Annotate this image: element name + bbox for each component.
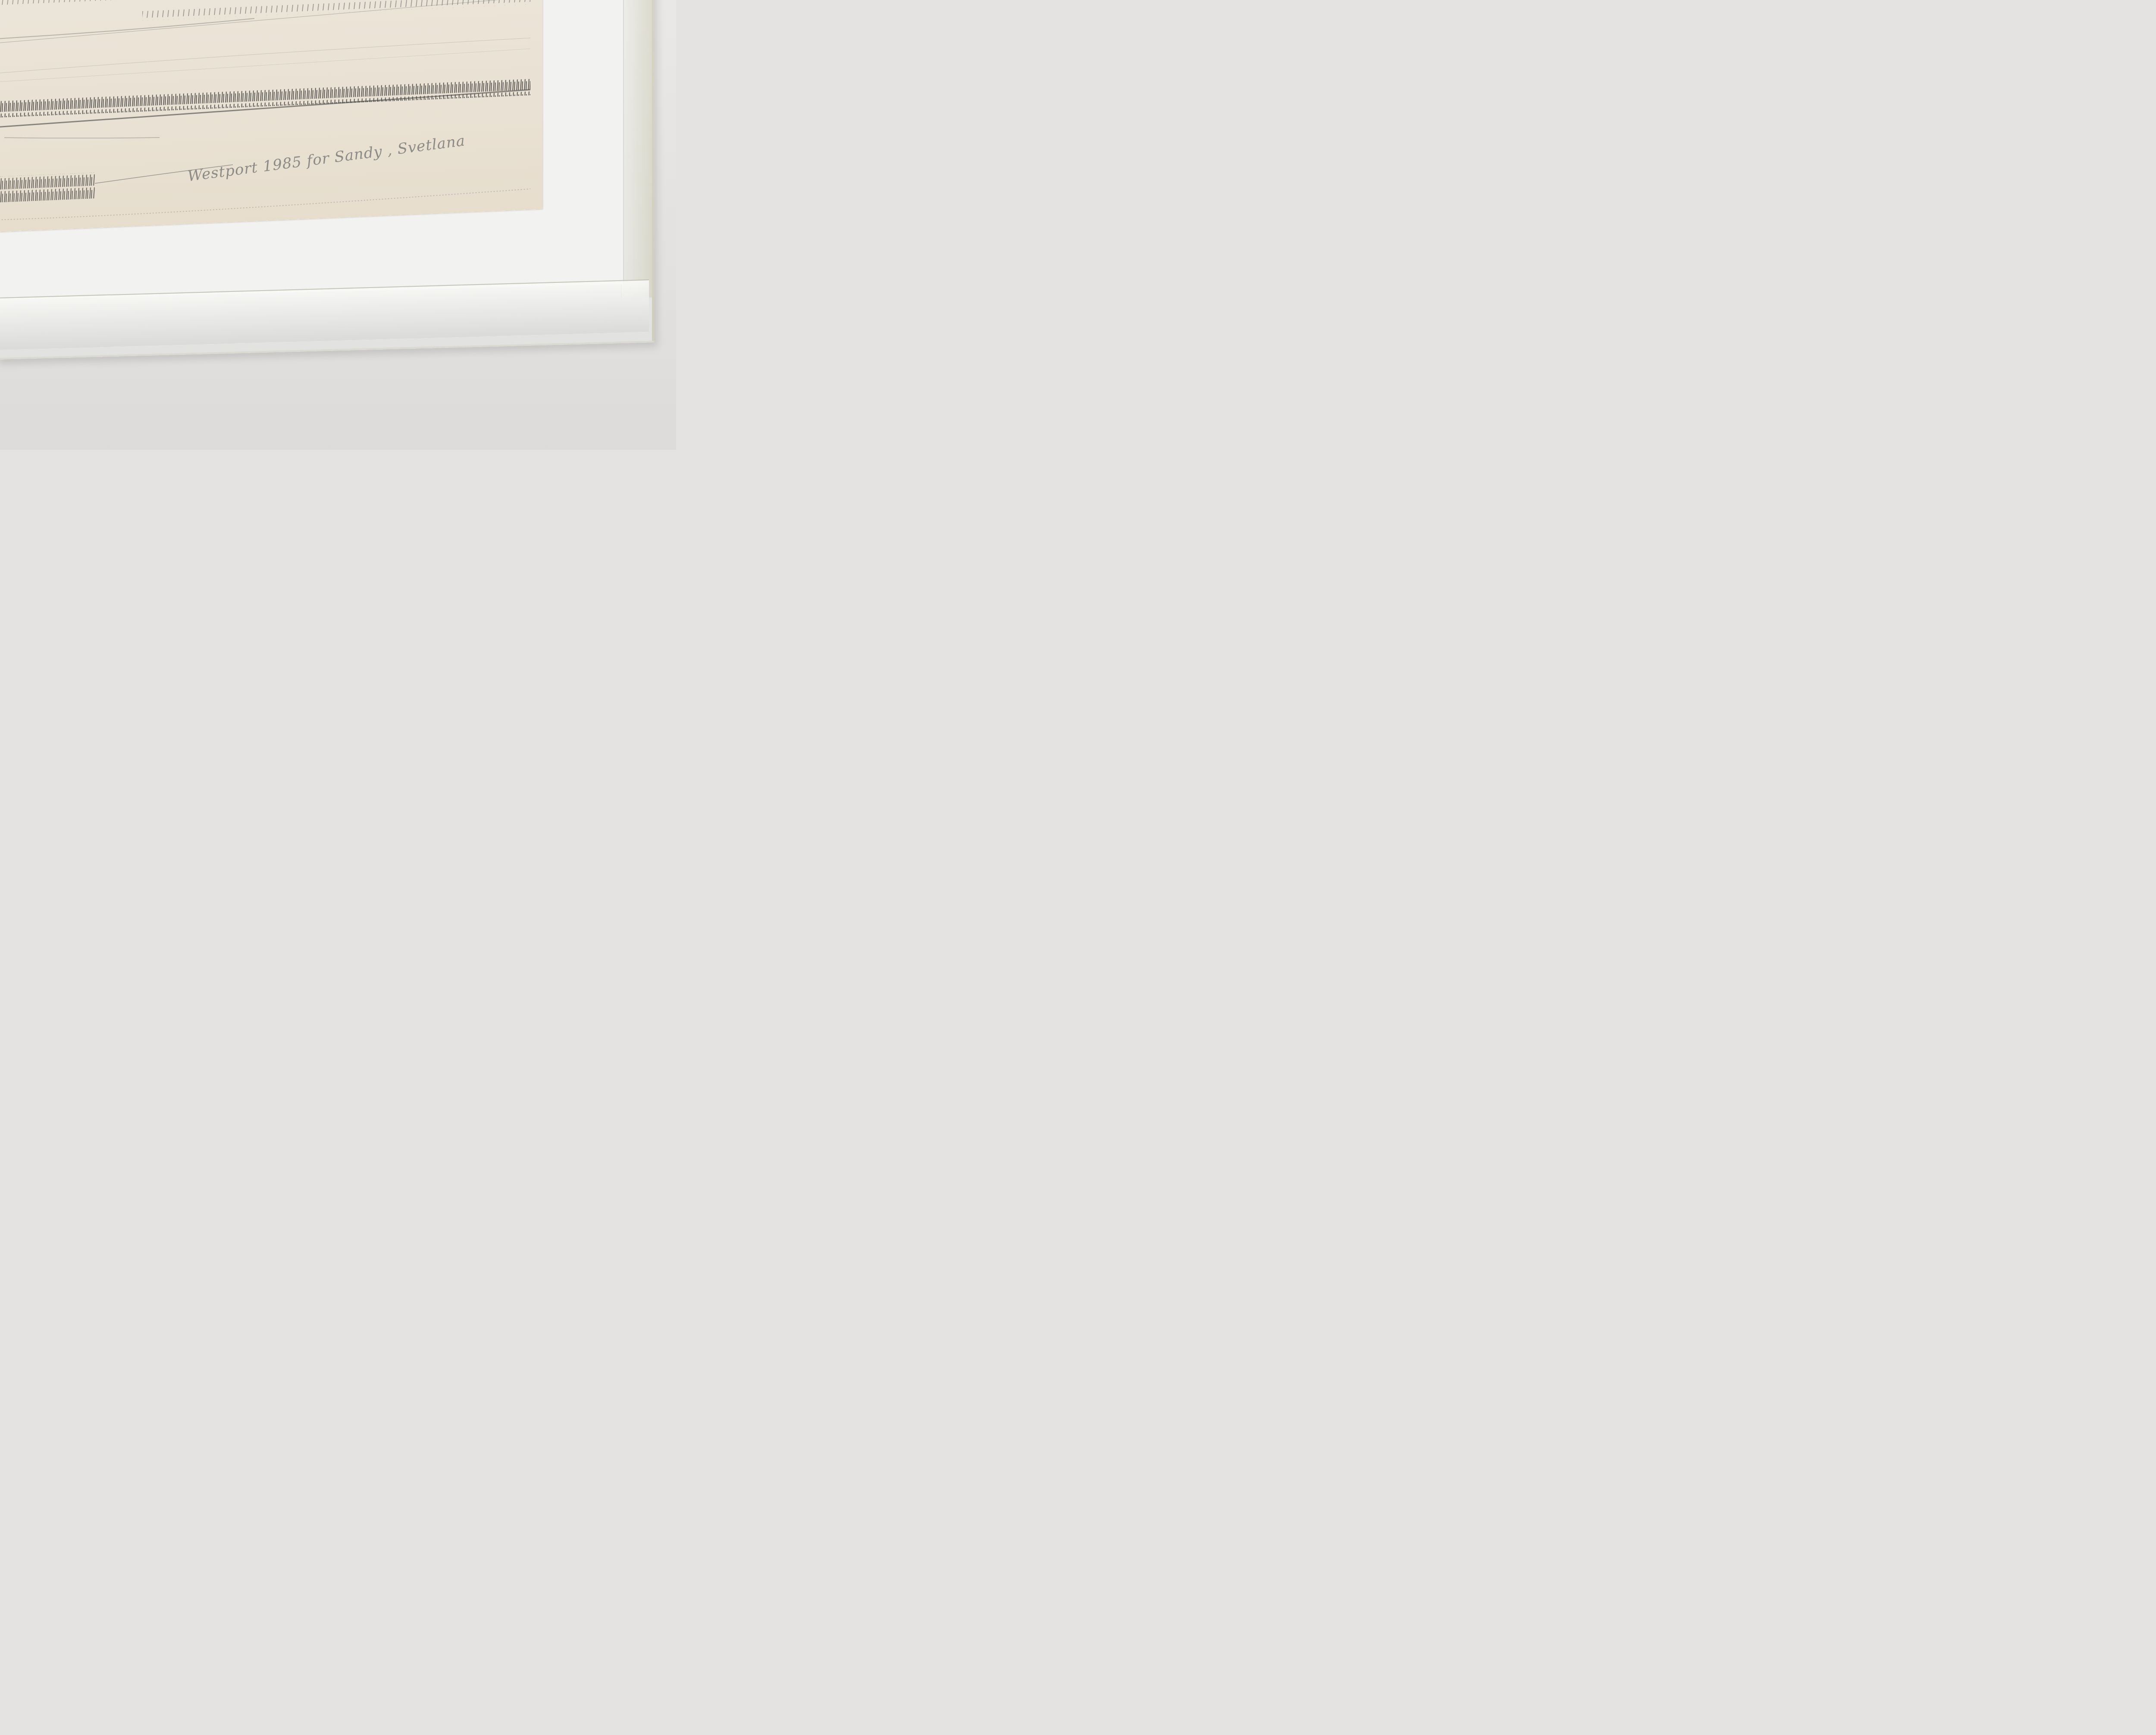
charcoal-field-rows xyxy=(0,0,542,232)
drawing-paper: Westport 1985 for Sandy , Svetlana xyxy=(0,0,542,232)
acrylic-frame-side xyxy=(621,0,653,298)
